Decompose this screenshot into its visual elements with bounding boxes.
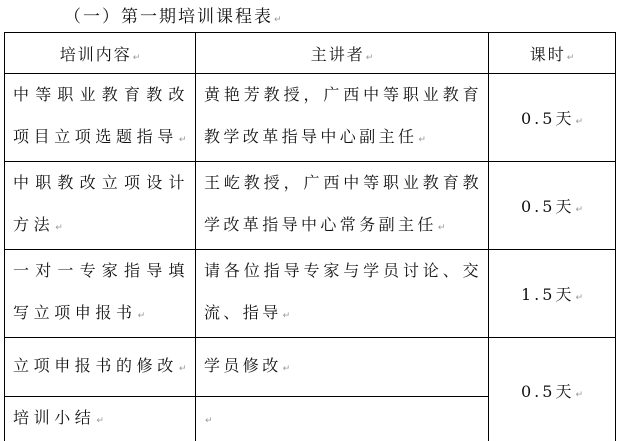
paragraph-mark-icon: ↵: [96, 416, 104, 426]
speaker-cell: 请各位指导专家与学员讨论、交流、指导↵: [196, 250, 489, 338]
table-row: 中职教改立项设计方法↵ 王屹教授，广西中等职业教育教学改革指导中心常务副主任↵ …: [5, 162, 616, 250]
paragraph-mark-icon: ↵: [575, 390, 583, 400]
hours-cell: 0.5天↵: [489, 74, 616, 162]
paragraph-mark-icon: ↵: [438, 223, 446, 233]
paragraph-mark-icon: ↵: [179, 135, 187, 145]
paragraph-mark-icon: ↵: [575, 205, 583, 215]
paragraph-mark-icon: ↵: [418, 135, 426, 145]
content-cell: 中等职业教育教改项目立项选题指导↵: [5, 74, 196, 162]
header-cell-content: 培训内容↵: [5, 33, 196, 74]
hours-cell: 0.5天↵: [489, 162, 616, 250]
paragraph-mark-icon: ↵: [138, 311, 146, 321]
content-cell: 培训小结↵: [5, 397, 196, 441]
speaker-cell: 黄艳芳教授，广西中等职业教育教学改革指导中心副主任↵: [196, 74, 489, 162]
header-cell-speaker: 主讲者↵: [196, 33, 489, 74]
hours-cell: 1.5天↵: [489, 250, 616, 338]
paragraph-mark-icon: ↵: [283, 311, 291, 321]
table-row: 立项申报书的修改↵ 学员修改↵ 0.5天↵: [5, 338, 616, 397]
table-header-row: 培训内容↵ 主讲者↵ 课时↵: [5, 33, 616, 74]
paragraph-mark-icon: ↵: [179, 364, 187, 374]
header-cell-hours: 课时↵: [489, 33, 616, 74]
paragraph-mark-icon: ↵: [567, 53, 575, 63]
paragraph-mark-icon: ↵: [274, 15, 282, 25]
content-cell: 中职教改立项设计方法↵: [5, 162, 196, 250]
table-row: 中等职业教育教改项目立项选题指导↵ 黄艳芳教授，广西中等职业教育教学改革指导中心…: [5, 74, 616, 162]
speaker-cell: 学员修改↵: [196, 338, 489, 397]
paragraph-mark-icon: ↵: [575, 117, 583, 127]
paragraph-mark-icon: ↵: [133, 53, 141, 63]
paragraph-mark-icon: ↵: [205, 416, 213, 426]
paragraph-mark-icon: ↵: [366, 53, 374, 63]
content-cell: 立项申报书的修改↵: [5, 338, 196, 397]
content-cell: 一对一专家指导填写立项申报书↵: [5, 250, 196, 338]
paragraph-mark-icon: ↵: [55, 223, 63, 233]
speaker-cell: 王屹教授，广西中等职业教育教学改革指导中心常务副主任↵: [196, 162, 489, 250]
table-row: 一对一专家指导填写立项申报书↵ 请各位指导专家与学员讨论、交流、指导↵ 1.5天…: [5, 250, 616, 338]
course-schedule-table: 培训内容↵ 主讲者↵ 课时↵ 中等职业教育教改项目立项选题指导↵ 黄艳芳教授，广…: [4, 32, 616, 441]
paragraph-mark-icon: ↵: [283, 364, 291, 374]
speaker-cell-empty: ↵: [196, 397, 489, 441]
paragraph-mark-icon: ↵: [575, 293, 583, 303]
table-title: （一）第一期培训课程表↵: [64, 6, 282, 31]
hours-cell-merged: 0.5天↵: [489, 338, 616, 441]
